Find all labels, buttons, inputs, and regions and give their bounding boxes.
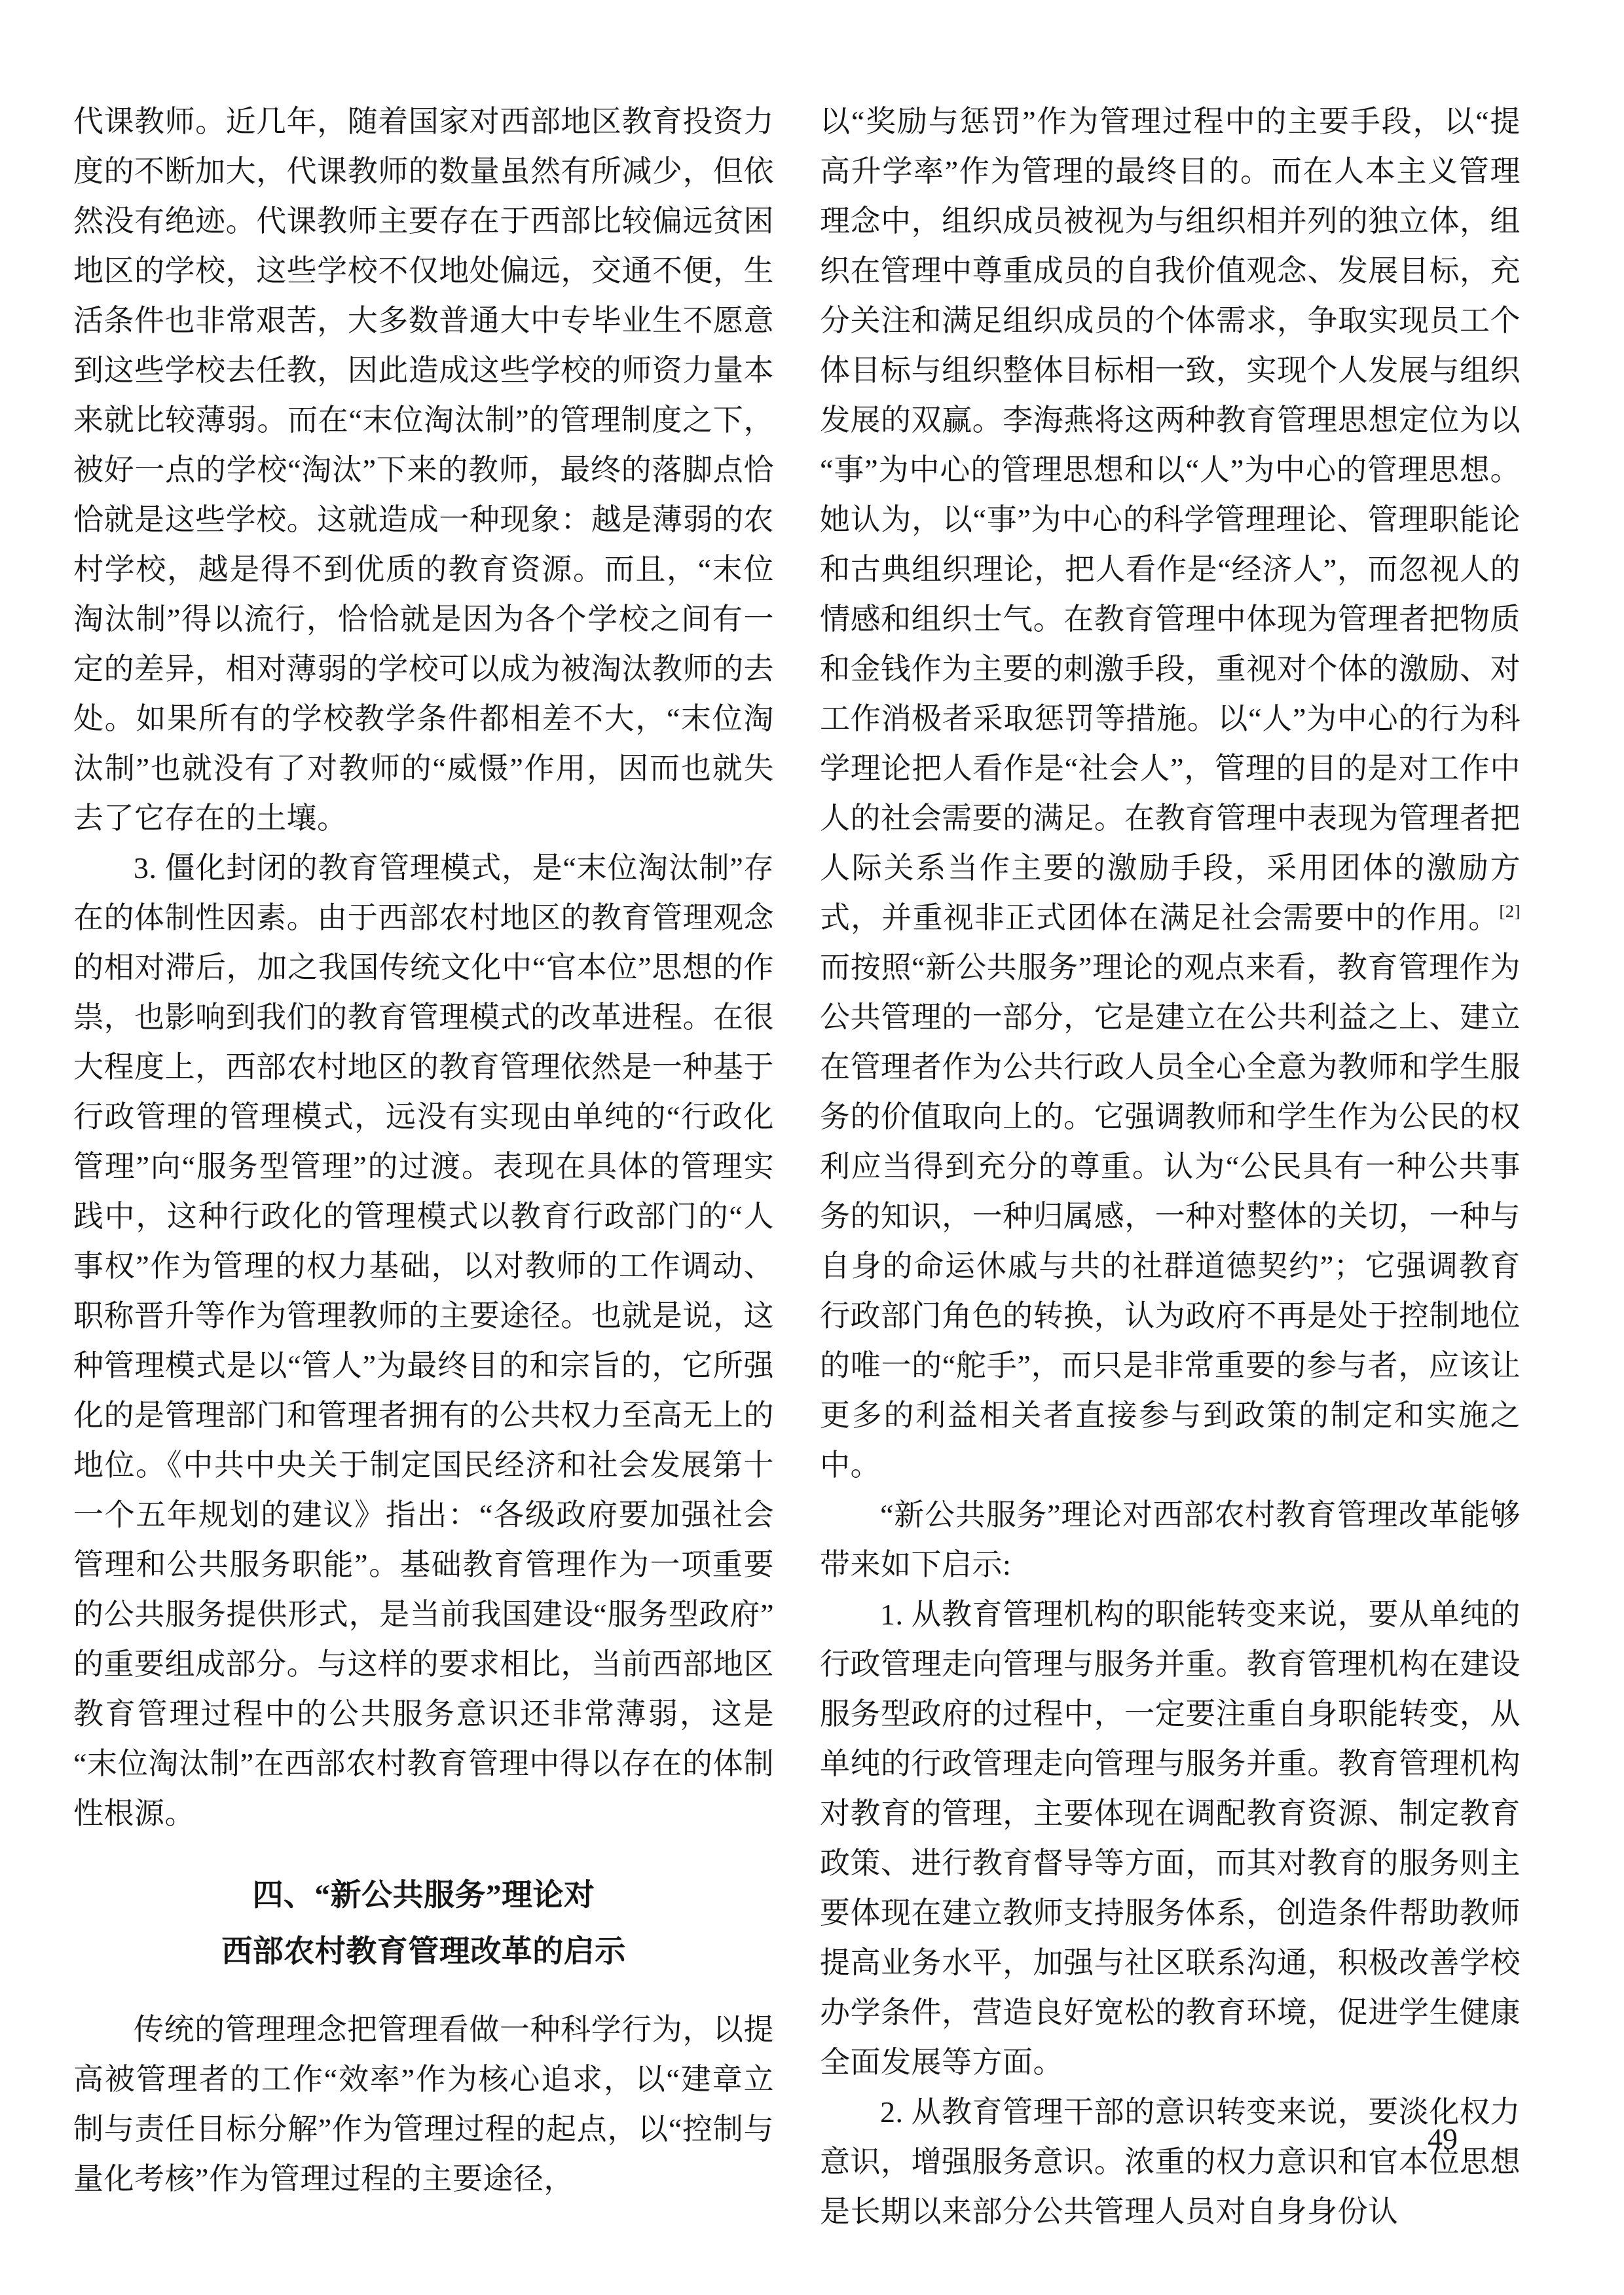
- two-column-text-area: 代课教师。近几年，随着国家对西部地区教育投资力度的不断加大，代课教师的数量虽然有…: [73, 97, 1521, 2237]
- left-column: 代课教师。近几年，随着国家对西部地区教育投资力度的不断加大，代课教师的数量虽然有…: [73, 97, 774, 2237]
- paragraph: 2. 从教育管理干部的意识转变来说，要淡化权力意识，增强服务意识。浓重的权力意识…: [820, 2087, 1521, 2237]
- section-heading-line: 西部农村教育管理改革的启示: [73, 1924, 774, 1980]
- page-number: 49: [1428, 2121, 1458, 2156]
- section-heading: 四、“新公共服务”理论对西部农村教育管理改革的启示: [73, 1867, 774, 1980]
- paragraph: 传统的管理理念把管理看做一种科学行为，以提高被管理者的工作“效率”作为核心追求，…: [73, 2005, 774, 2204]
- citation-marker: [2]: [1499, 902, 1521, 921]
- right-column: 以“奖励与惩罚”作为管理过程中的主要手段，以“提高升学率”作为管理的最终目的。而…: [820, 97, 1521, 2237]
- document-page: 代课教师。近几年，随着国家对西部地区教育投资力度的不断加大，代课教师的数量虽然有…: [0, 0, 1624, 2295]
- paragraph: 以“奖励与惩罚”作为管理过程中的主要手段，以“提高升学率”作为管理的最终目的。而…: [820, 97, 1521, 1490]
- paragraph: 代课教师。近几年，随着国家对西部地区教育投资力度的不断加大，代课教师的数量虽然有…: [73, 97, 774, 843]
- paragraph: 1. 从教育管理机构的职能转变来说，要从单纯的行政管理走向管理与服务并重。教育管…: [820, 1590, 1521, 2087]
- section-heading-line: 四、“新公共服务”理论对: [73, 1867, 774, 1924]
- paragraph: “新公共服务”理论对西部农村教育管理改革能够带来如下启示:: [820, 1490, 1521, 1590]
- paragraph: 3. 僵化封闭的教育管理模式，是“末位淘汰制”存在的体制性因素。由于西部农村地区…: [73, 843, 774, 1839]
